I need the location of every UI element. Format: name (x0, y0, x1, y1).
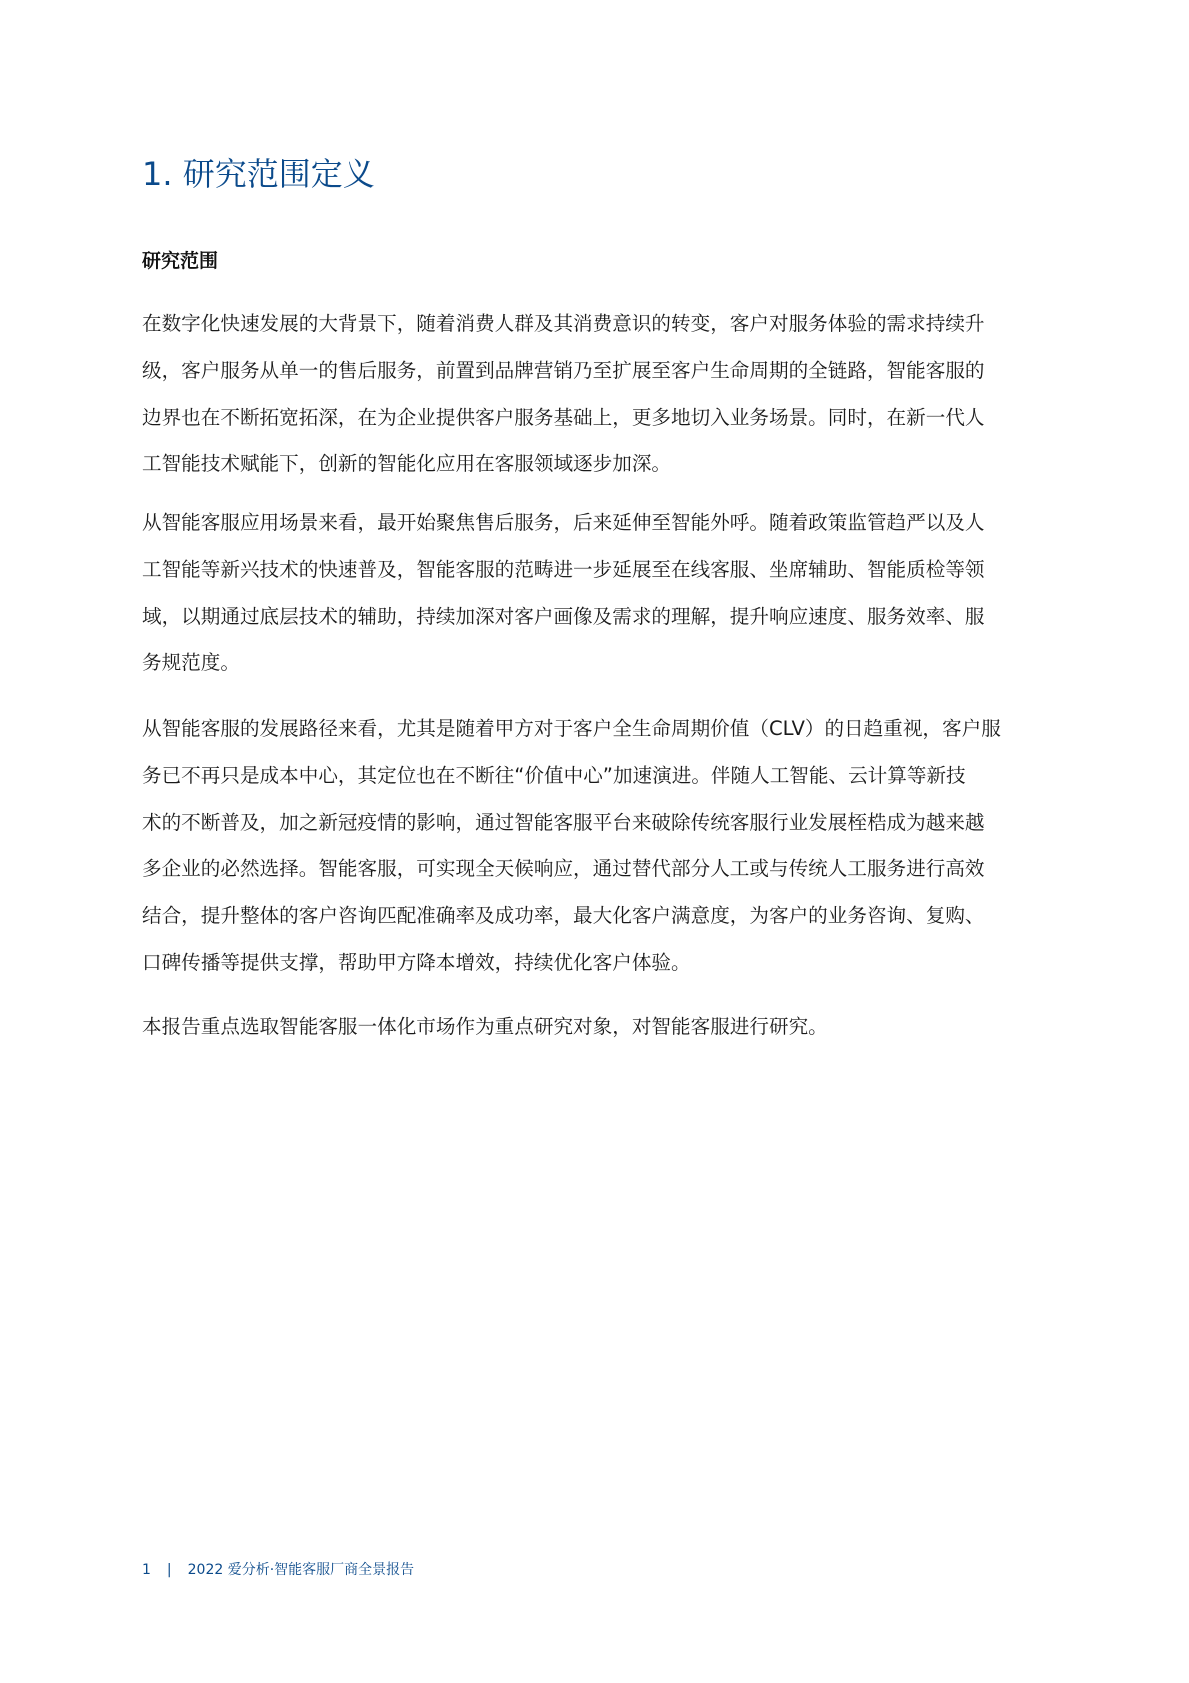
paragraph-2: 从智能客服应用场景来看，最开始聚焦售后服务，后来延伸至智能外呼。随着政策监管趋严… (142, 500, 1062, 687)
paragraph-line: 多企业的必然选择。智能客服，可实现全天候响应，通过替代部分人工或与传统人工服务进… (142, 846, 1062, 893)
paragraph-line: 从智能客服应用场景来看，最开始聚焦售后服务，后来延伸至智能外呼。随着政策监管趋严… (142, 500, 1062, 547)
page-title: 1. 研究范围定义 (142, 152, 375, 196)
section-heading: 研究范围 (142, 248, 218, 274)
paragraph-line: 术的不断普及，加之新冠疫情的影响，通过智能客服平台来破除传统客服行业发展桎梏成为… (142, 800, 1062, 847)
paragraph-line: 工智能等新兴技术的快速普及，智能客服的范畴进一步延展至在线客服、坐席辅助、智能质… (142, 547, 1062, 594)
paragraph-line: 结合，提升整体的客户咨询匹配准确率及成功率，最大化客户满意度，为客户的业务咨询、… (142, 893, 1062, 940)
page-footer: 1|2022 爱分析·智能客服厂商全景报告 (142, 1560, 414, 1580)
paragraph-line: 域，以期通过底层技术的辅助，持续加深对客户画像及需求的理解，提升响应速度、服务效… (142, 594, 1062, 641)
paragraph-line: 从智能客服的发展路径来看，尤其是随着甲方对于客户全生命周期价值（CLV）的日趋重… (142, 706, 1062, 753)
paragraph-line: 务规范度。 (142, 640, 1062, 687)
paragraph-line: 工智能技术赋能下，创新的智能化应用在客服领域逐步加深。 (142, 441, 1062, 488)
paragraph-1: 在数字化快速发展的大背景下，随着消费人群及其消费意识的转变，客户对服务体验的需求… (142, 301, 1062, 488)
paragraph-line: 在数字化快速发展的大背景下，随着消费人群及其消费意识的转变，客户对服务体验的需求… (142, 301, 1062, 348)
paragraph-4: 本报告重点选取智能客服一体化市场作为重点研究对象，对智能客服进行研究。 (142, 1004, 1062, 1051)
paragraph-line: 本报告重点选取智能客服一体化市场作为重点研究对象，对智能客服进行研究。 (142, 1004, 1062, 1051)
paragraph-line: 务已不再只是成本中心，其定位也在不断往“价值中心”加速演进。伴随人工智能、云计算… (142, 753, 1062, 800)
paragraph-line: 边界也在不断拓宽拓深，在为企业提供客户服务基础上，更多地切入业务场景。同时，在新… (142, 395, 1062, 442)
footer-separator: | (167, 1560, 172, 1580)
report-title: 2022 爱分析·智能客服厂商全景报告 (188, 1562, 415, 1578)
page-number: 1 (142, 1562, 151, 1578)
paragraph-line: 级，客户服务从单一的售后服务，前置到品牌营销乃至扩展至客户生命周期的全链路，智能… (142, 348, 1062, 395)
paragraph-line: 口碑传播等提供支撑，帮助甲方降本增效，持续优化客户体验。 (142, 940, 1062, 987)
paragraph-3: 从智能客服的发展路径来看，尤其是随着甲方对于客户全生命周期价值（CLV）的日趋重… (142, 706, 1062, 987)
